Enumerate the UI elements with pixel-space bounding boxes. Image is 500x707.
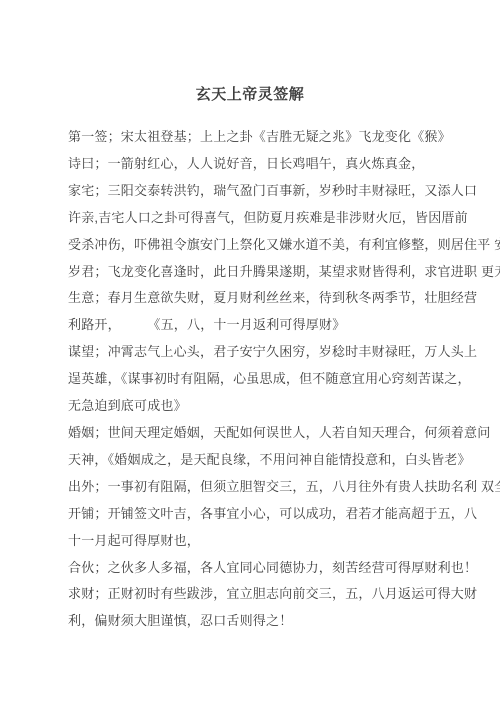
text-line: 开铺；开铺签文叶吉，各事宜小心，可以成功，君若才能高超于五，八 <box>68 501 470 528</box>
text-line: 岁君；飞龙变化喜逢时，此日升腾果遂期，某望求财皆得利，求官进职 更无疑， <box>68 259 470 286</box>
text-line: 诗曰；一箭射红心，人人说好音，日长鸡唱午，真火炼真金， <box>68 151 470 178</box>
text-line: 合伙；之伙多人多福，各人宜同心同德协力，刻苦经营可得厚财利也！ <box>68 555 470 582</box>
text-line: 求财；正财初时有些跋涉，宜立胆志向前交三，五，八月返运可得大财 <box>68 581 470 608</box>
document-body: 第一签；宋太祖登基；上上之卦《吉胜无疑之兆》飞龙变化《猴》 诗曰；一箭射红心，人… <box>0 124 500 635</box>
text-line: 十一月起可得厚财也， <box>68 528 470 555</box>
document-page: 玄天上帝灵签解 第一签；宋太祖登基；上上之卦《吉胜无疑之兆》飞龙变化《猴》 诗曰… <box>0 0 500 707</box>
page-title: 玄天上帝灵签解 <box>0 0 500 105</box>
text-line: 生意；春月生意欲失财，夏月财利丝丝来，待到秋冬两季节，壮胆经营 <box>68 285 470 312</box>
text-line: 第一签；宋太祖登基；上上之卦《吉胜无疑之兆》飞龙变化《猴》 <box>68 124 470 151</box>
text-line: 无急迫到底可成也》 <box>68 393 470 420</box>
text-line: 利路开， 《五，八，十一月返利可得厚财》 <box>68 312 470 339</box>
text-line: 逞英雄，《谋事初时有阻隔，心虽思成，但不随意宜用心窍刻苦谋之， <box>68 366 470 393</box>
text-line: 许亲,吉宅人口之卦可得喜气，但防夏月疾难是非涉财火厄，皆因厝前 <box>68 205 470 232</box>
text-line: 婚姻；世间天理定婚姻，天配如何误世人，人若自知天理合，何须着意问 <box>68 420 470 447</box>
text-line: 受杀冲伤，吓佛祖令旗安门上祭化又嫌水道不美，有利宜修整，则居住平 安） <box>68 232 470 259</box>
text-line: 利，偏财须大胆谨慎，忍口舌则得之！ <box>68 608 470 635</box>
text-line: 天神，《婚姻成之，是天配良缘，不用问神自能情投意和，白头皆老》 <box>68 447 470 474</box>
text-line: 家宅；三阳交泰转洪钓，瑞气盈门百事新，岁秒时丰财禄旺，又添人口 <box>68 178 470 205</box>
text-line: 谋望；冲霄志气上心头，君子安宁久困穷，岁稔时丰财禄旺，万人头上 <box>68 339 470 366</box>
text-line: 出外；一事初有阻隔，但须立胆智交三，五，八月往外有贵人扶助名利 双全！ <box>68 474 470 501</box>
